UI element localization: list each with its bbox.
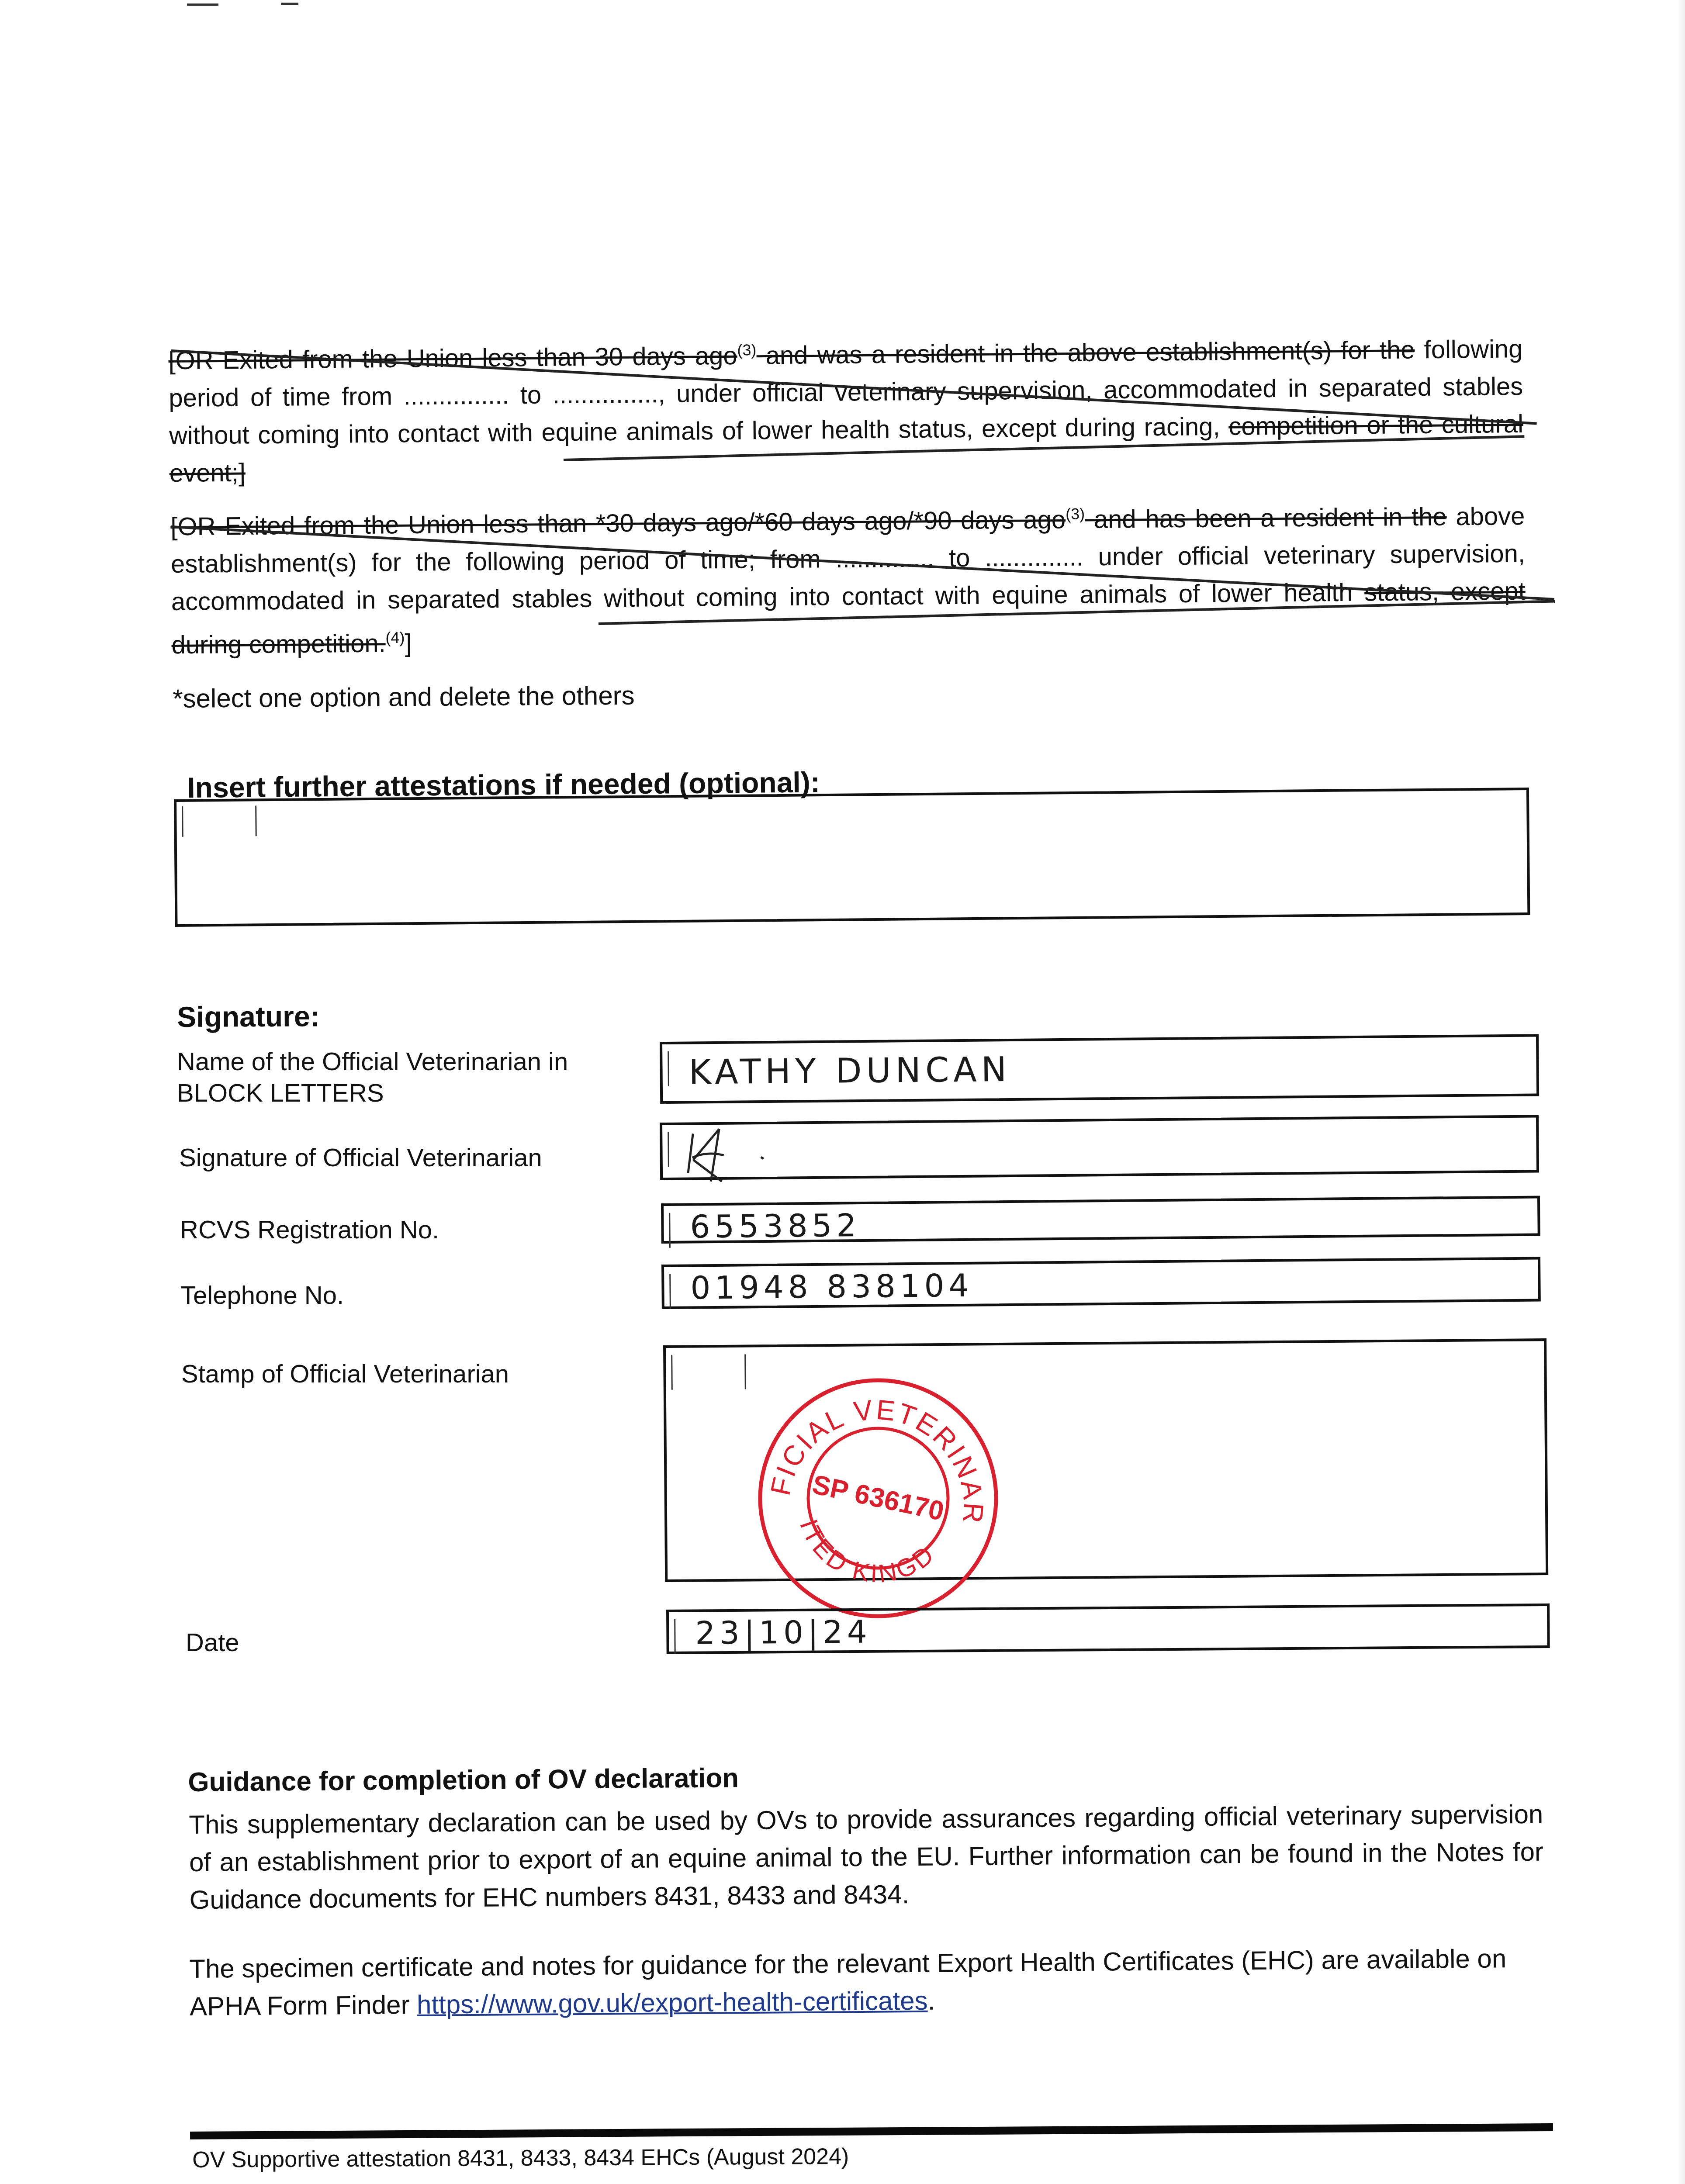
guidance-text: . bbox=[927, 1986, 935, 2015]
date-field[interactable]: 23|10|24 bbox=[666, 1603, 1550, 1654]
guidance-paragraph-ehc: The specimen certificate and notes for g… bbox=[189, 1940, 1544, 2025]
scan-artifact bbox=[187, 3, 218, 6]
footer-text: OV Supportive attestation 8431, 8433, 84… bbox=[192, 2143, 849, 2173]
text-cursor bbox=[182, 806, 183, 837]
text-cursor bbox=[674, 1619, 676, 1654]
struck-clause-30-60-90-days: [OR Exited from the Union less than *30 … bbox=[170, 492, 1526, 664]
date-value: 23|10|24 bbox=[695, 1614, 872, 1652]
struck-text: [OR Exited from the Union less than 30 d… bbox=[168, 342, 737, 375]
name-label-line2: BLOCK LETTERS bbox=[177, 1078, 568, 1109]
name-label-line1: Name of the Official Veterinarian in bbox=[177, 1046, 568, 1078]
text-cursor bbox=[668, 1132, 669, 1167]
text-cursor bbox=[668, 1051, 669, 1086]
footnote-ref: (3) bbox=[1066, 505, 1085, 523]
footer-divider bbox=[190, 2123, 1553, 2139]
ov-name-field[interactable]: KATHY DUNCAN bbox=[660, 1034, 1539, 1104]
stamp-label: Stamp of Official Veterinarian bbox=[181, 1358, 509, 1390]
guidance-paragraph: This supplementary declaration can be us… bbox=[189, 1796, 1544, 1919]
struck-text: [OR Exited from the Union less than *30 … bbox=[170, 505, 1066, 541]
document-page: [OR Exited from the Union less than 30 d… bbox=[0, 0, 1685, 2184]
signature-field[interactable] bbox=[660, 1115, 1539, 1180]
instruction-note: *select one option and delete the others bbox=[173, 681, 635, 714]
ov-name-value: KATHY DUNCAN bbox=[689, 1050, 1011, 1092]
struck-text: and has been a resident in the bbox=[1085, 502, 1447, 534]
text-cursor bbox=[669, 1213, 671, 1248]
footnote-ref: (4) bbox=[385, 629, 405, 646]
scan-artifact bbox=[281, 3, 298, 5]
text-cursor bbox=[669, 1274, 671, 1309]
rcvs-label: RCVS Registration No. bbox=[180, 1214, 439, 1246]
struck-text: and was a resident in the above establis… bbox=[756, 335, 1415, 370]
scan-edge bbox=[1679, 0, 1685, 2184]
text-cursor bbox=[255, 805, 257, 836]
telephone-label: Telephone No. bbox=[180, 1280, 344, 1311]
footnote-ref: (3) bbox=[737, 341, 756, 359]
struck-clause-30-days: [OR Exited from the Union less than 30 d… bbox=[168, 325, 1524, 492]
telephone-value: 01948 838104 bbox=[690, 1267, 973, 1306]
name-label: Name of the Official Veterinarian in BLO… bbox=[177, 1046, 568, 1109]
signature-section-title: Signature: bbox=[177, 999, 320, 1033]
telephone-field[interactable]: 01948 838104 bbox=[661, 1257, 1541, 1309]
bracket: ] bbox=[405, 629, 412, 657]
further-attestations-input[interactable] bbox=[174, 788, 1530, 927]
handwritten-signature-icon bbox=[680, 1115, 794, 1190]
date-label: Date bbox=[186, 1627, 239, 1659]
rcvs-number-field[interactable]: 6553852 bbox=[661, 1196, 1540, 1244]
text-cursor bbox=[671, 1355, 673, 1390]
rcvs-number-value: 6553852 bbox=[690, 1207, 861, 1245]
official-veterinarian-stamp-icon: OFFICIAL VETERINARIAN UNITED KINGDOM SP … bbox=[743, 1363, 1014, 1634]
svg-text:SP 636170: SP 636170 bbox=[810, 1469, 946, 1527]
signature-label: Signature of Official Veterinarian bbox=[179, 1142, 542, 1174]
guidance-title: Guidance for completion of OV declaratio… bbox=[188, 1762, 739, 1798]
export-health-certificates-link[interactable]: https://www.gov.uk/export-health-certifi… bbox=[417, 1986, 928, 2019]
